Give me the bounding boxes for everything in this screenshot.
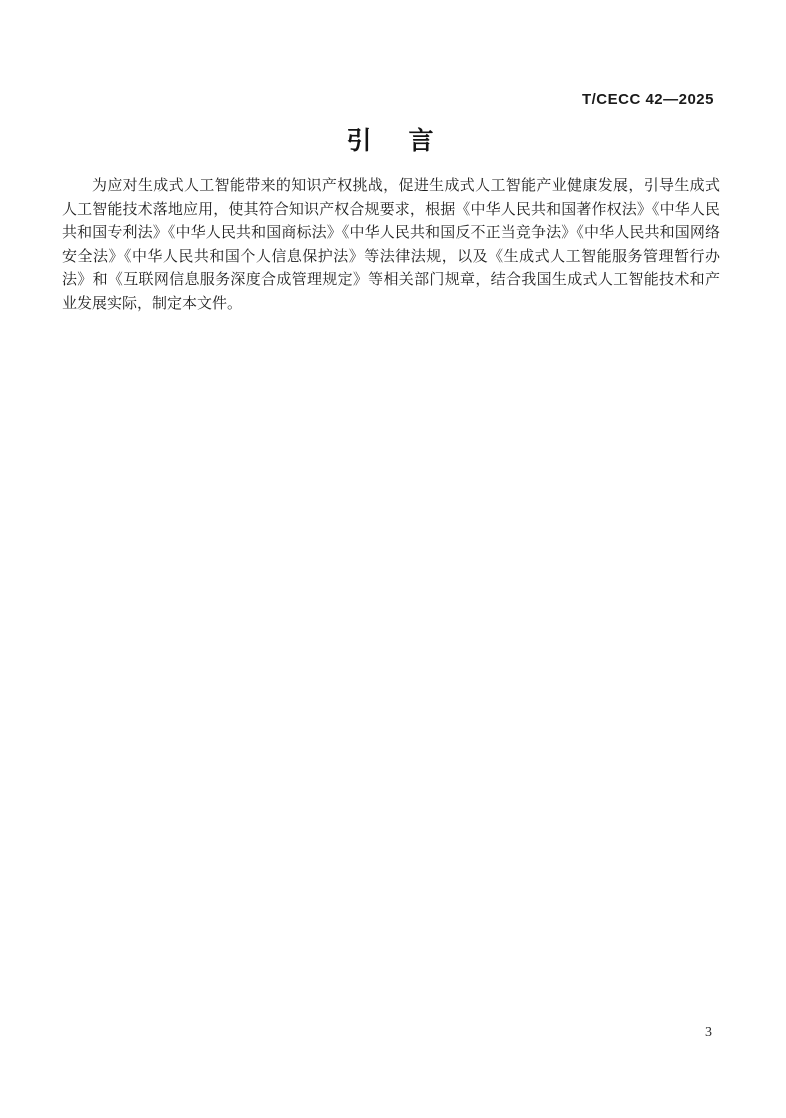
document-page: T/CECC 42—2025 引 言 为应对生成式人工智能带来的知识产权挑战，促… [0, 0, 786, 1118]
page-number: 3 [705, 1025, 712, 1041]
page-title: 引 言 [0, 121, 786, 157]
standard-number: T/CECC 42—2025 [582, 91, 714, 108]
introduction-paragraph: 为应对生成式人工智能带来的知识产权挑战，促进生成式人工智能产业健康发展，引导生成… [62, 175, 720, 316]
